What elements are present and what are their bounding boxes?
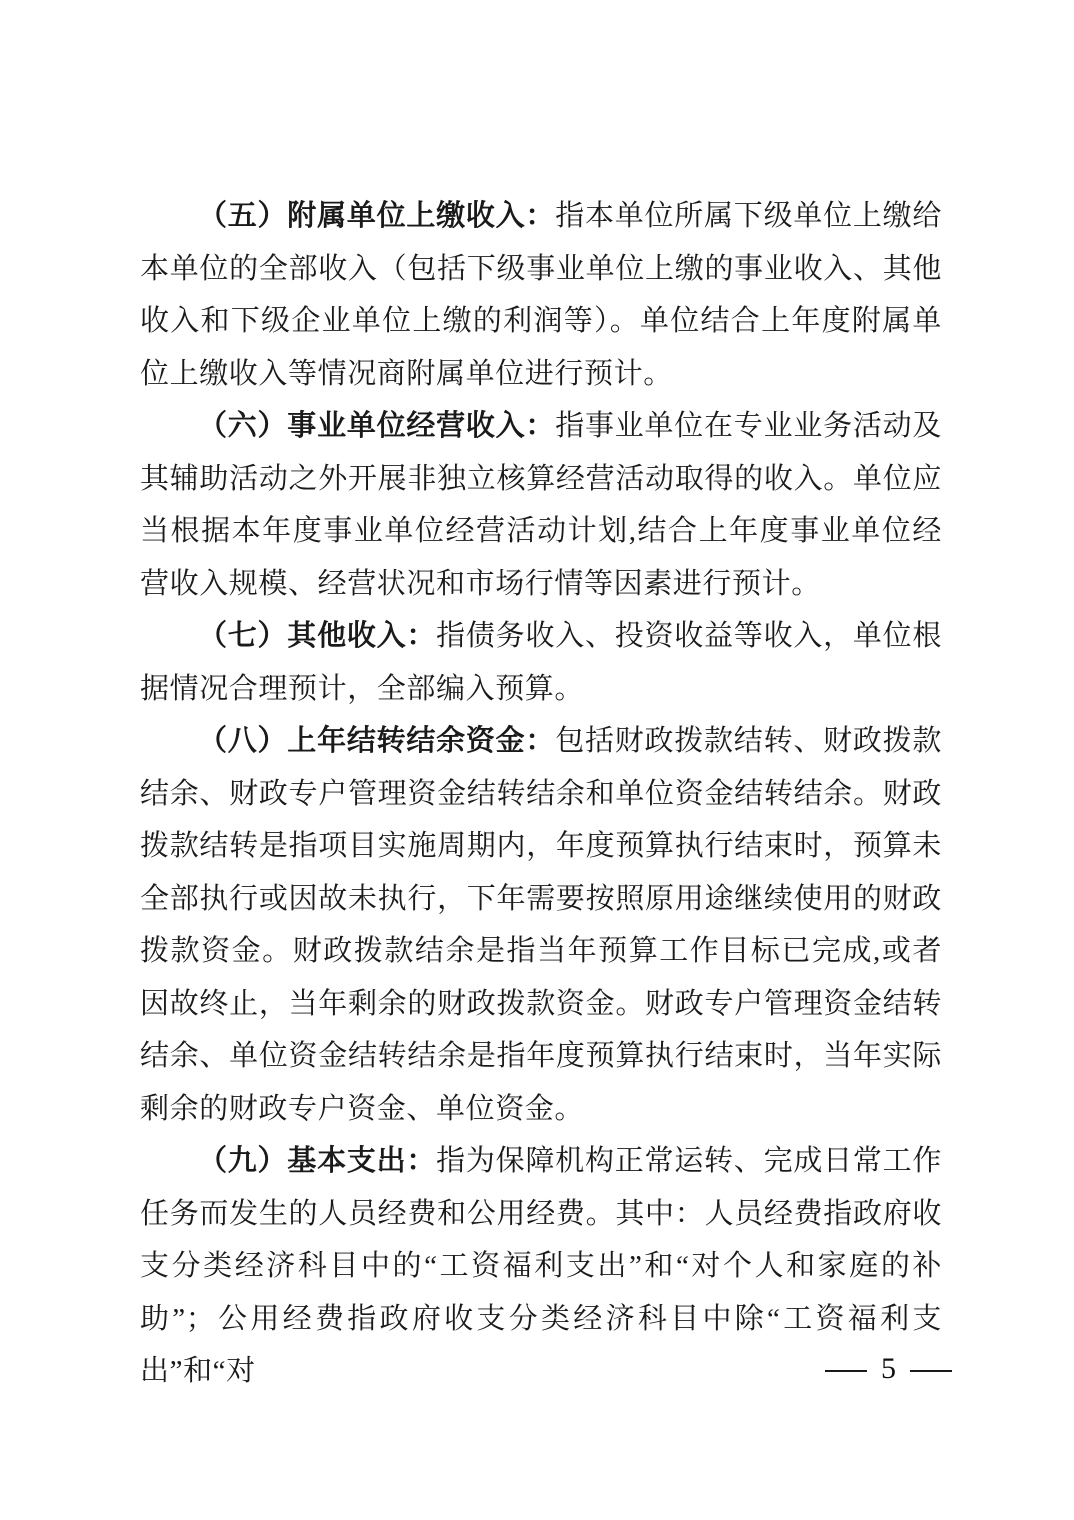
- paragraph-body: 包括财政拨款结转、财政拨款结余、财政专户管理资金结转结余和单位资金结转结余。财政…: [140, 725, 942, 1125]
- footer-dash-left-icon: [825, 1370, 867, 1372]
- paragraph-lead: （七）其他收入：: [198, 620, 436, 652]
- paragraph-9-basic-expenditure: （九）基本支出：指为保障机构正常运转、完成日常工作任务而发生的人员经费和公用经费…: [140, 1135, 942, 1398]
- page-number: 5: [881, 1352, 896, 1386]
- paragraph-lead: （六）事业单位经营收入：: [198, 410, 555, 442]
- document-body: （五）附属单位上缴收入：指本单位所属下级单位上缴给本单位的全部收入（包括下级事业…: [140, 190, 942, 1398]
- paragraph-lead: （五）附属单位上缴收入：: [198, 200, 555, 232]
- footer-dash-right-icon: [910, 1370, 952, 1372]
- document-page: （五）附属单位上缴收入：指本单位所属下级单位上缴给本单位的全部收入（包括下级事业…: [0, 0, 1074, 1520]
- paragraph-5-affiliated-unit-income: （五）附属单位上缴收入：指本单位所属下级单位上缴给本单位的全部收入（包括下级事业…: [140, 190, 942, 400]
- paragraph-6-operating-income: （六）事业单位经营收入：指事业单位在专业业务活动及其辅助活动之外开展非独立核算经…: [140, 400, 942, 610]
- paragraph-8-carryover-funds: （八）上年结转结余资金：包括财政拨款结转、财政拨款结余、财政专户管理资金结转结余…: [140, 715, 942, 1135]
- paragraph-lead: （九）基本支出：: [198, 1145, 436, 1177]
- paragraph-body: 指为保障机构正常运转、完成日常工作任务而发生的人员经费和公用经费。其中：人员经费…: [140, 1145, 942, 1387]
- paragraph-7-other-income: （七）其他收入：指债务收入、投资收益等收入，单位根据情况合理预计，全部编入预算。: [140, 610, 942, 715]
- paragraph-lead: （八）上年结转结余资金：: [198, 725, 555, 757]
- page-footer: 5: [825, 1354, 952, 1388]
